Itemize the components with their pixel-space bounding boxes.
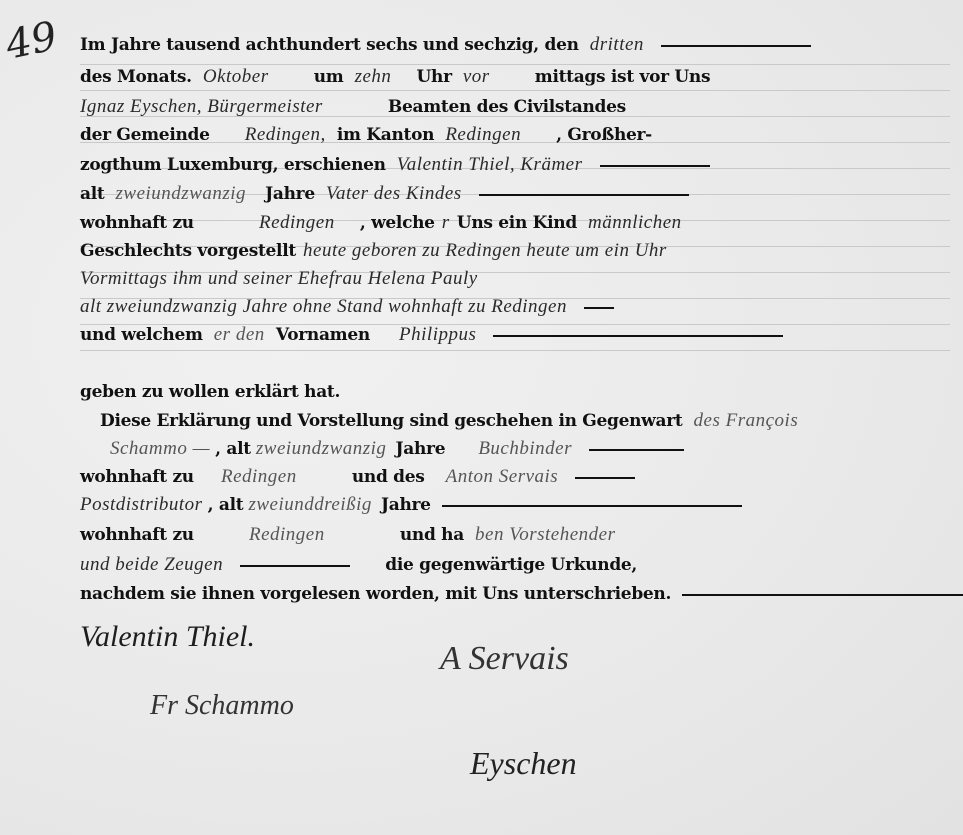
fill-line [479,194,689,196]
printed-text: Jahre [265,184,315,204]
handwritten-birth-details: heute geboren zu Redingen heute um ein U… [303,240,667,261]
handwritten-pronoun: er den [214,324,265,345]
text-line-appeared: zogthum Luxemburg, erschienen Valentin T… [80,154,710,180]
printed-text: mittags ist vor Uns [535,67,711,87]
printed-text: wohnhaft zu [80,213,194,233]
handwritten-witness-1-residence: Redingen [221,466,297,487]
handwritten-witness-1-surname: Schammo — [110,438,210,459]
text-line-official: Ignaz Eyschen, Bürgermeister Beamten des… [80,96,626,122]
handwritten-witness-2-occupation: Postdistributor [80,494,203,515]
printed-text: Vornamen [276,325,370,345]
fill-line [661,45,811,47]
handwritten-mother-age-residence: alt zweiundzwanzig Jahre ohne Stand wohn… [80,296,567,317]
signature-mayor: Eyschen [470,745,577,782]
handwritten-commune: Redingen, [245,124,326,145]
printed-text: und welchem [80,325,203,345]
text-line-witness-2-residence: wohnhaft zu Redingen und ha ben Vorstehe… [80,524,621,550]
printed-text: Beamten des Civilstandes [388,97,626,117]
printed-text: geben zu wollen erklärt hat. [80,382,340,402]
printed-text: des Monats. [80,67,192,87]
handwritten-both-witnesses: und beide Zeugen [80,554,223,575]
handwritten-witness-1-age: zweiundzwanzig [256,438,387,459]
fill-line [584,307,614,309]
printed-text: , welche [360,213,435,233]
handwritten-day: dritten [590,34,644,55]
text-line-mother-age: alt zweiundzwanzig Jahre ohne Stand wohn… [80,296,614,322]
text-line-witness-2: wohnhaft zu Redingen und des Anton Serva… [80,466,635,492]
handwritten-suffix: r [442,212,450,233]
printed-text: Uns ein Kind [457,213,577,233]
handwritten-residence: Redingen [259,212,335,233]
printed-text: Jahre [381,495,431,515]
text-line-witnesses: Diese Erklärung und Vorstellung sind ges… [100,410,804,436]
printed-text: alt [80,184,104,204]
fill-line [589,449,684,451]
printed-text: und ha [400,525,464,545]
handwritten-witness-1-forename: des François [694,410,799,431]
printed-text: zogthum Luxemburg, erschienen [80,155,386,175]
handwritten-hour: zehn [355,66,392,87]
printed-text: Diese Erklärung und Vorstellung sind ges… [100,411,682,431]
text-line-month: des Monats. Oktober um zehn Uhr vor mitt… [80,66,710,92]
printed-text: wohnhaft zu [80,467,194,487]
text-line-residence: wohnhaft zu Redingen , welche r Uns ein … [80,212,688,238]
printed-text: um [314,67,344,87]
handwritten-witness-2-name: Anton Servais [446,466,559,487]
handwritten-declarant: Valentin Thiel, Krämer [397,154,583,175]
handwritten-month: Oktober [203,66,269,87]
handwritten-witness-1-occupation: Buchbinder [478,438,572,459]
handwritten-age: zweiundzwanzig [116,183,247,204]
handwritten-canton: Redingen [445,124,521,145]
printed-text: , Großher- [556,125,652,145]
printed-text: Uhr [416,67,451,87]
text-line-year: Im Jahre tausend achthundert sechs und s… [80,34,811,60]
fill-line [442,505,742,507]
text-line-commune: der Gemeinde Redingen, im Kanton Redinge… [80,124,652,150]
printed-text: die gegenwärtige Urkunde, [385,555,637,575]
printed-text: Jahre [396,439,446,459]
handwritten-sex: männlichen [588,212,682,233]
printed-text: , alt [208,495,244,515]
printed-text: der Gemeinde [80,125,210,145]
fill-line [493,335,783,337]
text-line-document: und beide Zeugen die gegenwärtige Urkund… [80,554,637,580]
printed-text: Im Jahre tausend achthundert sechs und s… [80,35,579,55]
printed-text: nachdem sie ihnen vorgelesen worden, mit… [80,584,671,604]
handwritten-child-forename: Philippus [399,324,476,345]
handwritten-mother-details: Vormittags ihm und seiner Ehefrau Helena… [80,268,478,289]
text-line-declared: geben zu wollen erklärt hat. [80,382,340,408]
signature-witness-2: A Servais [440,640,569,678]
printed-text: , alt [215,439,251,459]
signature-declarant: Valentin Thiel. [80,620,255,654]
printed-text: und des [352,467,425,487]
text-line-signed: nachdem sie ihnen vorgelesen worden, mit… [80,584,963,610]
handwritten-witness-2-age: zweiunddreißig [248,494,371,515]
text-line-age: alt zweiundzwanzig Jahre Vater des Kinde… [80,183,689,209]
text-line-presented: Geschlechts vorgestellt heute geboren zu… [80,240,673,266]
text-line-forename: und welchem er den Vornamen Philippus [80,324,783,350]
ruled-line [80,350,950,351]
fill-line [682,594,963,596]
handwritten-signing-clause: ben Vorstehender [475,524,615,545]
text-line-mother: Vormittags ihm und seiner Ehefrau Helena… [80,268,484,294]
printed-text: Geschlechts vorgestellt [80,241,296,261]
handwritten-witness-2-residence: Redingen [249,524,325,545]
signature-witness-1: Fr Schammo [150,690,294,722]
handwritten-relation: Vater des Kindes [326,183,462,204]
handwritten-official-name: Ignaz Eyschen, Bürgermeister [80,96,323,117]
fill-line [575,477,635,479]
handwritten-time-of-day: vor [463,66,490,87]
text-line-witness-2-age: Postdistributor , alt zweiunddreißig Jah… [80,494,742,520]
fill-line [240,565,350,567]
printed-text: wohnhaft zu [80,525,194,545]
ruled-line [80,64,950,65]
fill-line [600,165,710,167]
printed-text: im Kanton [337,125,434,145]
text-line-witness-1: Schammo — , alt zweiundzwanzig Jahre Buc… [80,438,684,464]
